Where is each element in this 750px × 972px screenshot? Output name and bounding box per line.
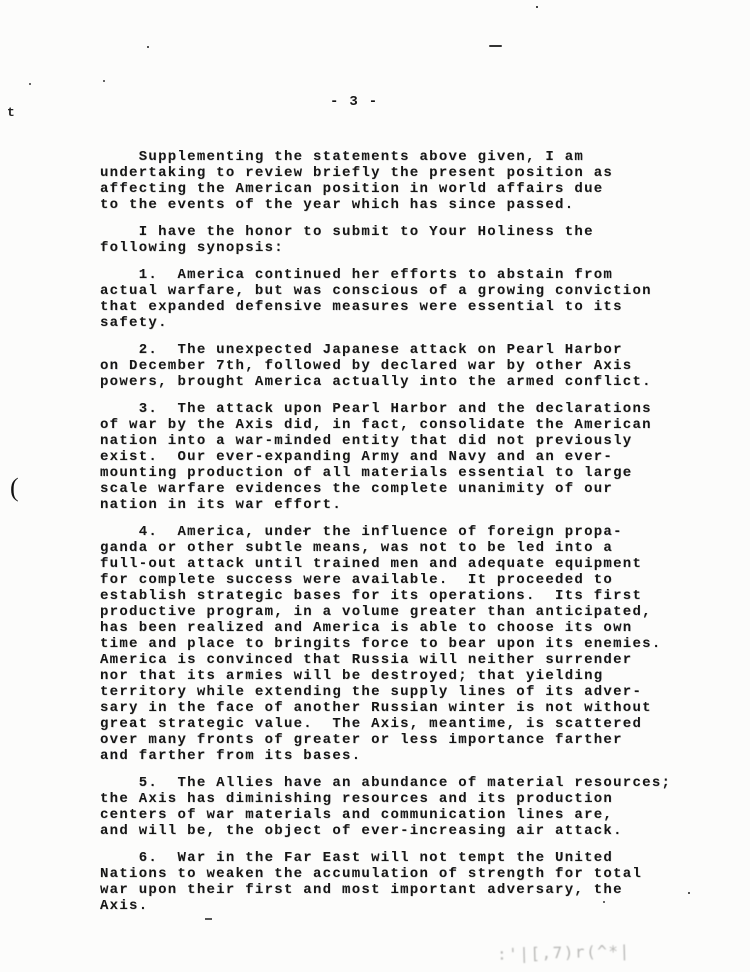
paragraph-line: Axis. — [100, 898, 710, 914]
scan-artifact-specks — [536, 6, 538, 8]
synopsis-item: 2. The unexpected Japanese attack on Pea… — [100, 342, 710, 390]
scan-artifact-paren-mark: ( — [10, 475, 19, 501]
synopsis-item: 5. The Allies have an abundance of mater… — [100, 775, 710, 839]
paragraph-line: nation in its war effort. — [100, 497, 710, 513]
paragraph-line: sary in the face of another Russian wint… — [100, 700, 710, 716]
paragraph-line: actual warfare, but was conscious of a g… — [100, 283, 710, 299]
paragraph-line: territory while extending the supply lin… — [100, 684, 710, 700]
paragraph-line: productive program, in a volume greater … — [100, 604, 710, 620]
paragraph-line: on December 7th, followed by declared wa… — [100, 358, 710, 374]
paragraph-line: 2. The unexpected Japanese attack on Pea… — [100, 342, 710, 358]
paragraph-line: affecting the American position in world… — [100, 181, 710, 197]
paragraph-line: time and place to bringits force to bear… — [100, 636, 710, 652]
paragraph-line: 1. America continued her efforts to abst… — [100, 267, 710, 283]
paragraph-line: to the events of the year which has sinc… — [100, 197, 710, 213]
paragraph-line: 3. The attack upon Pearl Harbor and the … — [100, 401, 710, 417]
page-number: - 3 - — [330, 94, 379, 110]
paragraph-line: safety. — [100, 315, 710, 331]
paragraph-line: war upon their first and most important … — [100, 882, 710, 898]
paragraph-line: establish strategic bases for its operat… — [100, 588, 710, 604]
synopsis-item: 4. America, under the influence of forei… — [100, 524, 710, 764]
synopsis-item: 6. War in the Far East will not tempt th… — [100, 850, 710, 914]
paragraph-line: undertaking to review briefly the presen… — [100, 165, 710, 181]
synopsis-item: 3. The attack upon Pearl Harbor and the … — [100, 401, 710, 513]
intro-paragraph: Supplementing the statements above given… — [100, 149, 710, 213]
synopsis-item: 1. America continued her efforts to abst… — [100, 267, 710, 331]
paragraph-line: the Axis has diminishing resources and i… — [100, 791, 710, 807]
paragraph-line: following synopsis: — [100, 240, 710, 256]
paragraph-line: and will be, the object of ever-increasi… — [100, 823, 710, 839]
scan-artifact-small-dash — [205, 918, 212, 920]
paragraph-line: I have the honor to submit to Your Holin… — [100, 224, 710, 240]
paragraph-line: ganda or other subtle means, was not to … — [100, 540, 710, 556]
paragraph-line: great strategic value. The Axis, meantim… — [100, 716, 710, 732]
paragraph-line: 5. The Allies have an abundance of mater… — [100, 775, 710, 791]
paragraph-line: Nations to weaken the accumulation of st… — [100, 866, 710, 882]
paragraph-line: nation into a war-minded entity that did… — [100, 433, 710, 449]
document-body: Supplementing the statements above given… — [100, 149, 710, 925]
intro-paragraph: I have the honor to submit to Your Holin… — [100, 224, 710, 256]
paragraph-line: that expanded defensive measures were es… — [100, 299, 710, 315]
paragraph-line: 6. War in the Far East will not tempt th… — [100, 850, 710, 866]
scan-artifact-left-edge-mark: t — [7, 106, 15, 119]
paragraph-line: exist. Our ever-expanding Army and Navy … — [100, 449, 710, 465]
paragraph-line: for complete success were available. It … — [100, 572, 710, 588]
scan-artifact-dash — [489, 45, 502, 47]
paragraph-line: scale warfare evidences the complete una… — [100, 481, 710, 497]
paragraph-line: full-out attack until trained men and ad… — [100, 556, 710, 572]
paragraph-line: has been realized and America is able to… — [100, 620, 710, 636]
paragraph-line: 4. America, under the influence of forei… — [100, 524, 710, 540]
paragraph-line: nor that its armies will be destroyed; t… — [100, 668, 710, 684]
faint-pencil-annotation: :'|[,7)r(^*| — [497, 942, 631, 963]
paragraph-line: over many fronts of greater or less impo… — [100, 732, 710, 748]
paragraph-line: of war by the Axis did, in fact, consoli… — [100, 417, 710, 433]
paragraph-line: powers, brought America actually into th… — [100, 374, 710, 390]
paragraph-line: centers of war materials and communicati… — [100, 807, 710, 823]
document-page: - 3 - Supplementing the statements above… — [0, 0, 750, 972]
paragraph-line: Supplementing the statements above given… — [100, 149, 710, 165]
paragraph-line: mounting production of all materials ess… — [100, 465, 710, 481]
paragraph-line: America is convinced that Russia will ne… — [100, 652, 710, 668]
paragraph-line: and farther from its bases. — [100, 748, 710, 764]
